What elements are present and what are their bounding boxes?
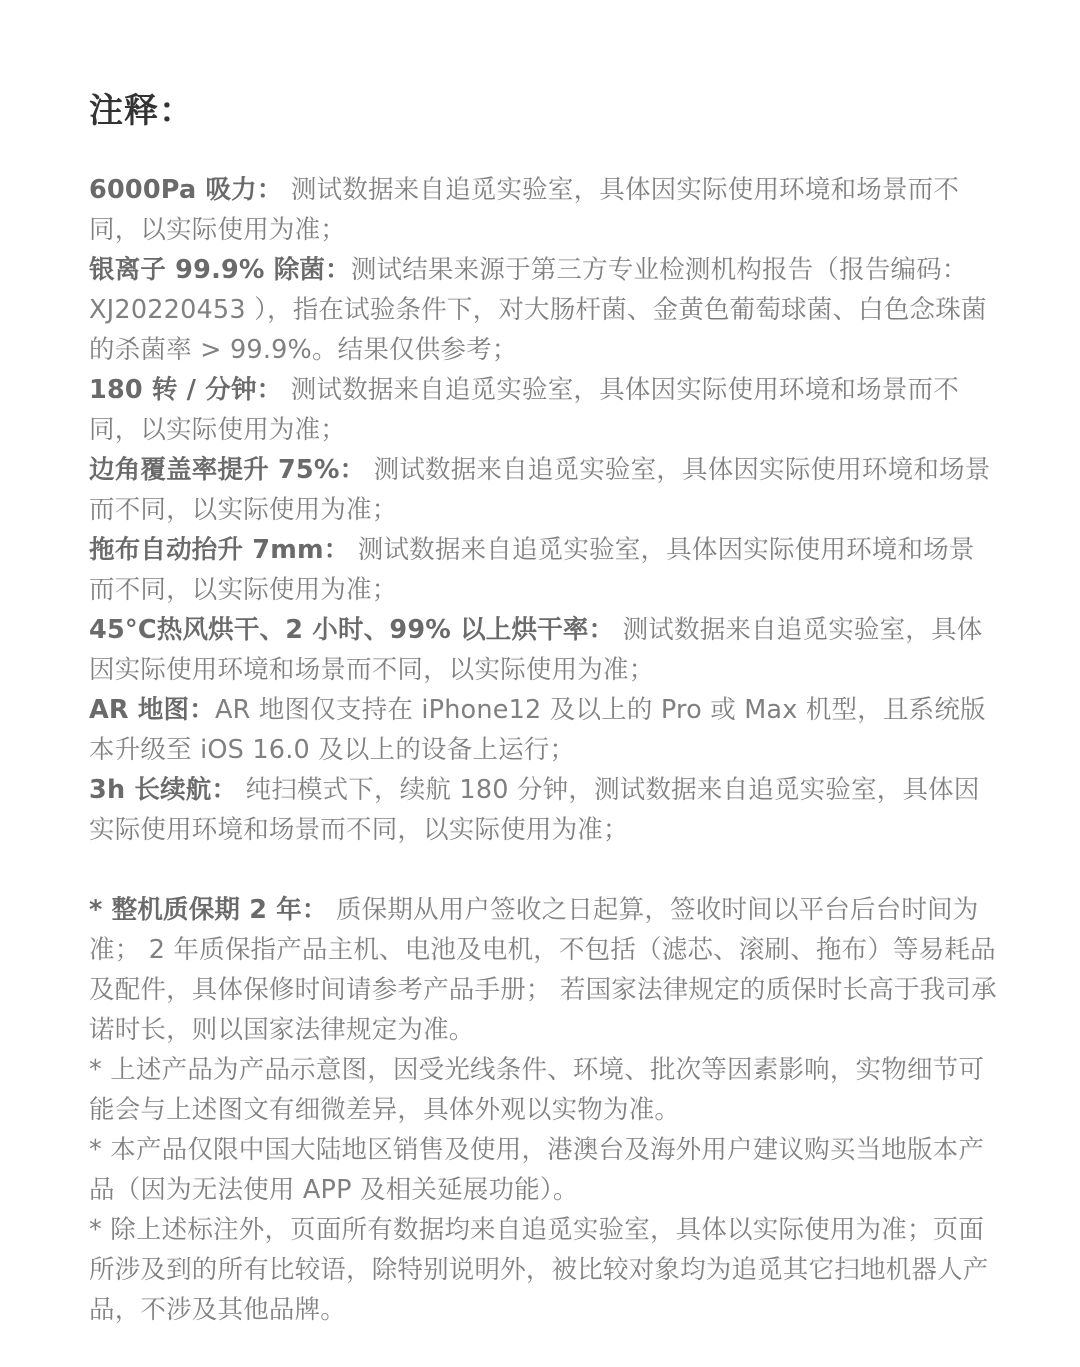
- note-corner-coverage: 边角覆盖率提升 75%： 测试数据来自追觅实验室，具体因实际使用环境和场景而不同…: [89, 450, 999, 530]
- notes-document: 注释： 6000Pa 吸力： 测试数据来自追觅实验室，具体因实际使用环境和场景而…: [89, 88, 999, 1330]
- footnote-text: * 本产品仅限中国大陆地区销售及使用，港澳台及海外用户建议购买当地版本产品（因为…: [89, 1135, 984, 1205]
- footnote-text: * 除上述标注外，页面所有数据均来自追觅实验室，具体以实际使用为准；页面所涉及到…: [89, 1215, 989, 1325]
- footnote-product-image: * 上述产品为产品示意图，因受光线条件、环境、批次等因素影响，实物细节可能会与上…: [89, 1050, 999, 1130]
- footnote-region: * 本产品仅限中国大陆地区销售及使用，港澳台及海外用户建议购买当地版本产品（因为…: [89, 1130, 999, 1210]
- note-rotation-speed: 180 转 / 分钟： 测试数据来自追觅实验室，具体因实际使用环境和场景而不同，…: [89, 370, 999, 450]
- note-ar-map: AR 地图：AR 地图仅支持在 iPhone12 及以上的 Pro 或 Max …: [89, 690, 999, 770]
- note-label: 拖布自动抬升 7mm：: [89, 535, 349, 565]
- note-label: 180 转 / 分钟：: [89, 375, 282, 405]
- note-hot-air-drying: 45°C热风烘干、2 小时、99% 以上烘干率： 测试数据来自追觅实验室，具体因…: [89, 610, 999, 690]
- footnotes-list: * 整机质保期 2 年： 质保期从用户签收之日起算，签收时间以平台后台时间为准；…: [89, 890, 999, 1330]
- note-label: 45°C热风烘干、2 小时、99% 以上烘干率：: [89, 615, 614, 645]
- note-label: 边角覆盖率提升 75%：: [89, 455, 365, 485]
- footnote-label: * 整机质保期 2 年：: [89, 895, 328, 925]
- section-spacer: [89, 850, 999, 890]
- note-battery-life: 3h 长续航： 纯扫模式下，续航 180 分钟，测试数据来自追觅实验室，具体因实…: [89, 770, 999, 850]
- footnote-text: * 上述产品为产品示意图，因受光线条件、环境、批次等因素影响，实物细节可能会与上…: [89, 1055, 984, 1125]
- note-label: 6000Pa 吸力：: [89, 175, 283, 205]
- note-label: AR 地图：: [89, 695, 215, 725]
- note-label: 银离子 99.9% 除菌：: [89, 255, 351, 285]
- page-title: 注释：: [89, 88, 999, 134]
- note-label: 3h 长续航：: [89, 775, 237, 805]
- note-mop-lift: 拖布自动抬升 7mm： 测试数据来自追觅实验室，具体因实际使用环境和场景而不同，…: [89, 530, 999, 610]
- note-silver-ion: 银离子 99.9% 除菌：测试结果来源于第三方专业检测机构报告（报告编码：XJ2…: [89, 250, 999, 370]
- footnote-warranty: * 整机质保期 2 年： 质保期从用户签收之日起算，签收时间以平台后台时间为准；…: [89, 890, 999, 1050]
- note-suction: 6000Pa 吸力： 测试数据来自追觅实验室，具体因实际使用环境和场景而不同，以…: [89, 170, 999, 250]
- footnote-data-source: * 除上述标注外，页面所有数据均来自追觅实验室，具体以实际使用为准；页面所涉及到…: [89, 1210, 999, 1330]
- note-text: AR 地图仅支持在 iPhone12 及以上的 Pro 或 Max 机型，且系统…: [89, 695, 986, 765]
- notes-list: 6000Pa 吸力： 测试数据来自追觅实验室，具体因实际使用环境和场景而不同，以…: [89, 170, 999, 850]
